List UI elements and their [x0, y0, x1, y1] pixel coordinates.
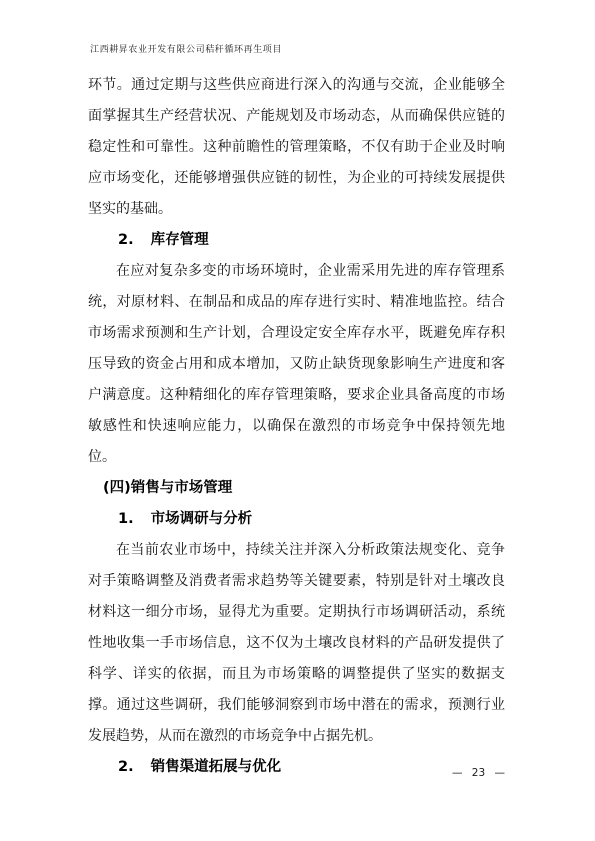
- numbered-heading: 1.市场调研与分析: [88, 504, 505, 535]
- paragraph: 环节。通过定期与这些供应商进行深入的沟通与交流，企业能够全面掌握其生产经营状况、…: [88, 70, 505, 225]
- page-header-title: 江西耕昇农业开发有限公司秸秆循环再生项目: [90, 42, 282, 55]
- paragraph: 在当前农业市场中，持续关注并深入分析政策法规变化、竞争对手策略调整及消费者需求趋…: [88, 535, 505, 752]
- paragraph: 在应对复杂多变的市场环境时，企业需采用先进的库存管理系统，对原材料、在制品和成品…: [88, 256, 505, 473]
- page-number: — 23 —: [452, 767, 505, 779]
- section-heading: (四)销售与市场管理: [88, 473, 505, 504]
- heading-text: 库存管理: [151, 232, 209, 248]
- document-page: 江西耕昇农业开发有限公司秸秆循环再生项目 环节。通过定期与这些供应商进行深入的沟…: [0, 0, 595, 841]
- heading-number: 1.: [118, 504, 134, 535]
- heading-number: 2.: [118, 225, 134, 256]
- heading-text: 市场调研与分析: [151, 511, 253, 527]
- page-footer: — 23 —: [452, 767, 505, 779]
- document-content: 环节。通过定期与这些供应商进行深入的沟通与交流，企业能够全面掌握其生产经营状况、…: [88, 70, 505, 783]
- heading-number: 2.: [118, 752, 134, 783]
- numbered-heading: 2.库存管理: [88, 225, 505, 256]
- numbered-heading: 2.销售渠道拓展与优化: [88, 752, 505, 783]
- heading-text: 销售渠道拓展与优化: [151, 759, 282, 775]
